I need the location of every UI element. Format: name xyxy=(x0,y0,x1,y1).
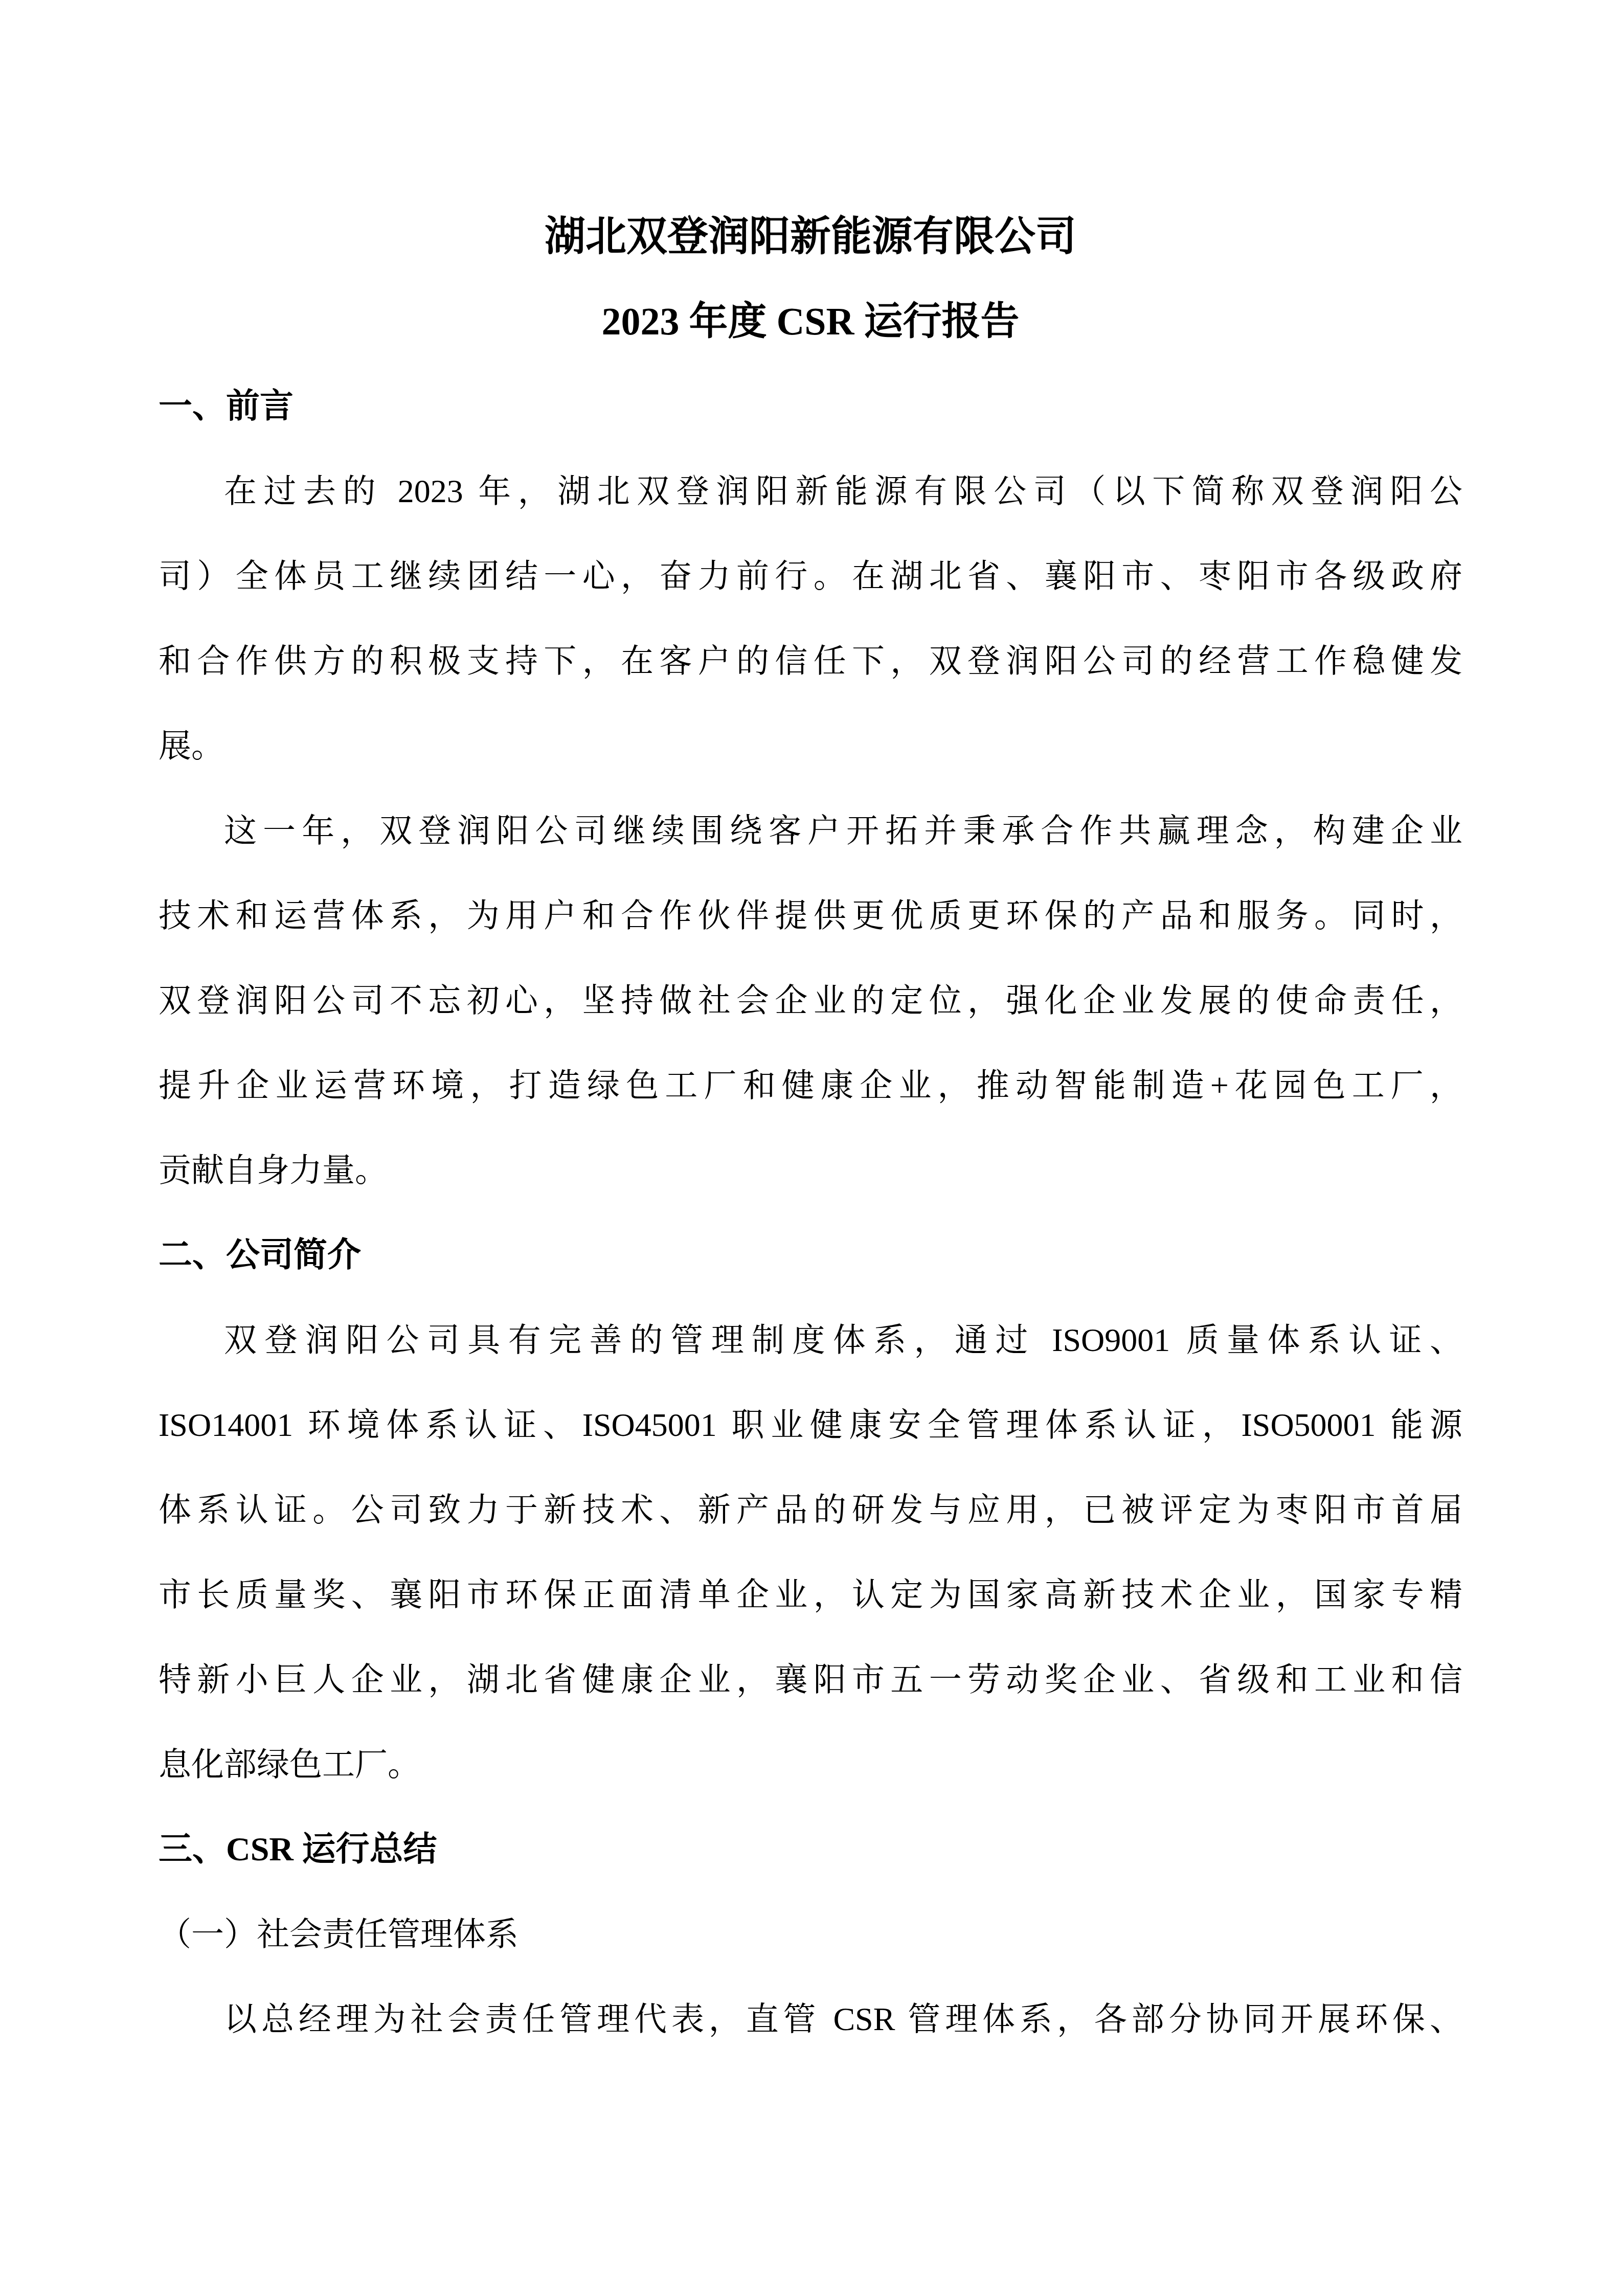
paragraph-line: 体系认证。公司致力于新技术、新产品的研发与应用，已被评定为枣阳市首届 xyxy=(159,1468,1462,1552)
paragraph-line: 这一年，双登润阳公司继续围绕客户开拓并秉承合作共赢理念，构建企业 xyxy=(159,789,1462,873)
report-subtitle: 2023 年度 CSR 运行报告 xyxy=(159,279,1462,364)
paragraph-line: 息化部绿色工厂。 xyxy=(159,1722,1462,1807)
paragraph-line: 和合作供方的积极支持下，在客户的信任下，双登润阳公司的经营工作稳健发 xyxy=(159,619,1462,704)
paragraph-line: 双登润阳公司具有完善的管理制度体系，通过 ISO9001 质量体系认证、 xyxy=(159,1298,1462,1383)
document-page: 湖北双登润阳新能源有限公司 2023 年度 CSR 运行报告 一、前言 在过去的… xyxy=(0,0,1623,2296)
paragraph-line: 展。 xyxy=(159,704,1462,789)
paragraph-line: 特新小巨人企业，湖北省健康企业，襄阳市五一劳动奖企业、省级和工业和信 xyxy=(159,1637,1462,1722)
paragraph-line: 双登润阳公司不忘初心，坚持做社会企业的定位，强化企业发展的使命责任， xyxy=(159,958,1462,1043)
paragraph-line: 在过去的 2023 年，湖北双登润阳新能源有限公司（以下简称双登润阳公 xyxy=(159,449,1462,534)
section-heading-preface: 一、前言 xyxy=(159,364,1462,449)
paragraph-line: 技术和运营体系，为用户和合作伙伴提供更优质更环保的产品和服务。同时， xyxy=(159,873,1462,958)
paragraph-line: 市长质量奖、襄阳市环保正面清单企业，认定为国家高新技术企业，国家专精 xyxy=(159,1552,1462,1637)
paragraph-line: 以总经理为社会责任管理代表，直管 CSR 管理体系，各部分协同开展环保、 xyxy=(159,1977,1462,2062)
subsection-heading-social-responsibility-system: （一）社会责任管理体系 xyxy=(159,1892,1462,1977)
paragraph-line: 贡献自身力量。 xyxy=(159,1128,1462,1213)
section-heading-csr-summary: 三、CSR 运行总结 xyxy=(159,1807,1462,1892)
paragraph-line: ISO14001 环境体系认证、ISO45001 职业健康安全管理体系认证，IS… xyxy=(159,1383,1462,1468)
paragraph-line: 提升企业运营环境，打造绿色工厂和健康企业，推动智能制造+花园色工厂， xyxy=(159,1043,1462,1128)
paragraph-line: 司）全体员工继续团结一心，奋力前行。在湖北省、襄阳市、枣阳市各级政府 xyxy=(159,534,1462,619)
section-heading-company-profile: 二、公司简介 xyxy=(159,1213,1462,1298)
report-title: 湖北双登润阳新能源有限公司 xyxy=(159,194,1462,279)
